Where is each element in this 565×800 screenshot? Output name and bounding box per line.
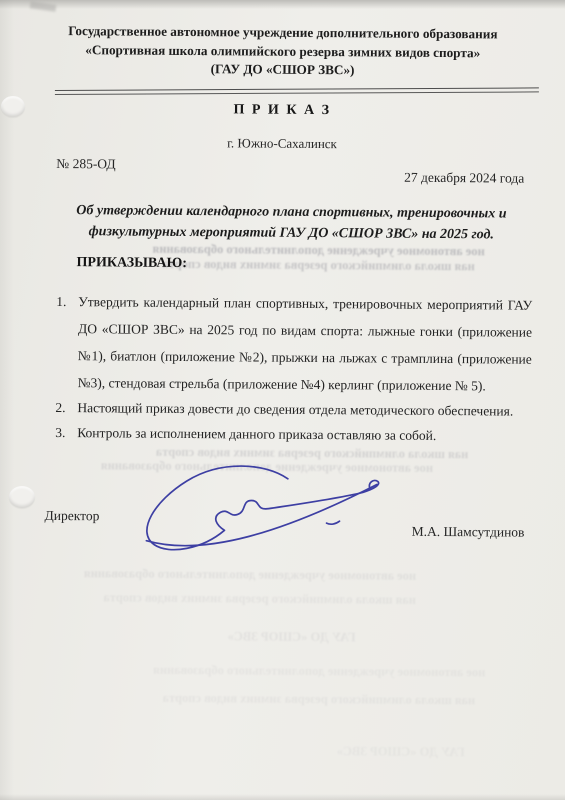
order-items-list: 1. Утвердить календарный план спортивных… (55, 288, 532, 449)
order-item: 1. Утвердить календарный план спортивных… (56, 288, 533, 400)
document-date: 27 декабря 2024 года (404, 170, 524, 187)
item-number: 2. (55, 396, 77, 421)
handwritten-signature (124, 453, 425, 565)
organization-header: Государственное автономное учреждение до… (30, 22, 535, 81)
signer-name: М.А. Шамсутдинов (394, 524, 524, 541)
order-item: 2. Настоящий приказ довести до сведения … (55, 396, 531, 424)
scanned-order-document: ное автономное учреждение дополнительног… (0, 0, 565, 800)
document-city: г. Южно-Сахалинск (0, 134, 565, 154)
bleedthrough-text: ГАУ ДО «СШОР ЗВС» (56, 628, 356, 645)
item-text: Настоящий приказ довести до сведения отд… (77, 396, 531, 424)
item-number: 1. (56, 288, 79, 396)
decree-word: ПРИКАЗЫВАЮ: (76, 255, 186, 272)
bleedthrough-text: ная школа олимпийского резерва зимних ви… (145, 691, 475, 709)
bleedthrough-text: ное автономное учреждение дополнительног… (56, 566, 416, 584)
bleedthrough-text: ная школа олимпийского резерва зимних ви… (86, 590, 416, 608)
order-item: 3. Контроль за исполнением данного прика… (55, 420, 531, 448)
organization-line: «Спортивная школа олимпийского резерва з… (30, 40, 535, 62)
header-double-rule (55, 87, 539, 94)
bleedthrough-text: ное автономное учреждение дополнительног… (105, 662, 485, 680)
document-subject: Об утверждении календарного плана спорти… (54, 200, 529, 246)
document-number: № 285-ОД (56, 156, 115, 172)
signature-dash-stroke (327, 521, 340, 524)
document-content: ное автономное учреждение дополнительног… (0, 0, 565, 800)
signature-underline-stroke (146, 483, 376, 548)
document-title: П Р И К А З (0, 101, 565, 121)
item-text: Утвердить календарный план спортивных, т… (78, 288, 533, 400)
signature-oval-stroke (147, 465, 379, 551)
subject-line: физкультурных мероприятий ГАУ ДО «СШОР З… (54, 221, 529, 246)
signer-role: Директор (45, 508, 100, 524)
bleedthrough-text: ГАУ ДО «СШОР ЗВС» (165, 743, 465, 760)
item-number: 3. (55, 420, 77, 445)
item-text: Контроль за исполнением данного приказа … (77, 421, 531, 449)
